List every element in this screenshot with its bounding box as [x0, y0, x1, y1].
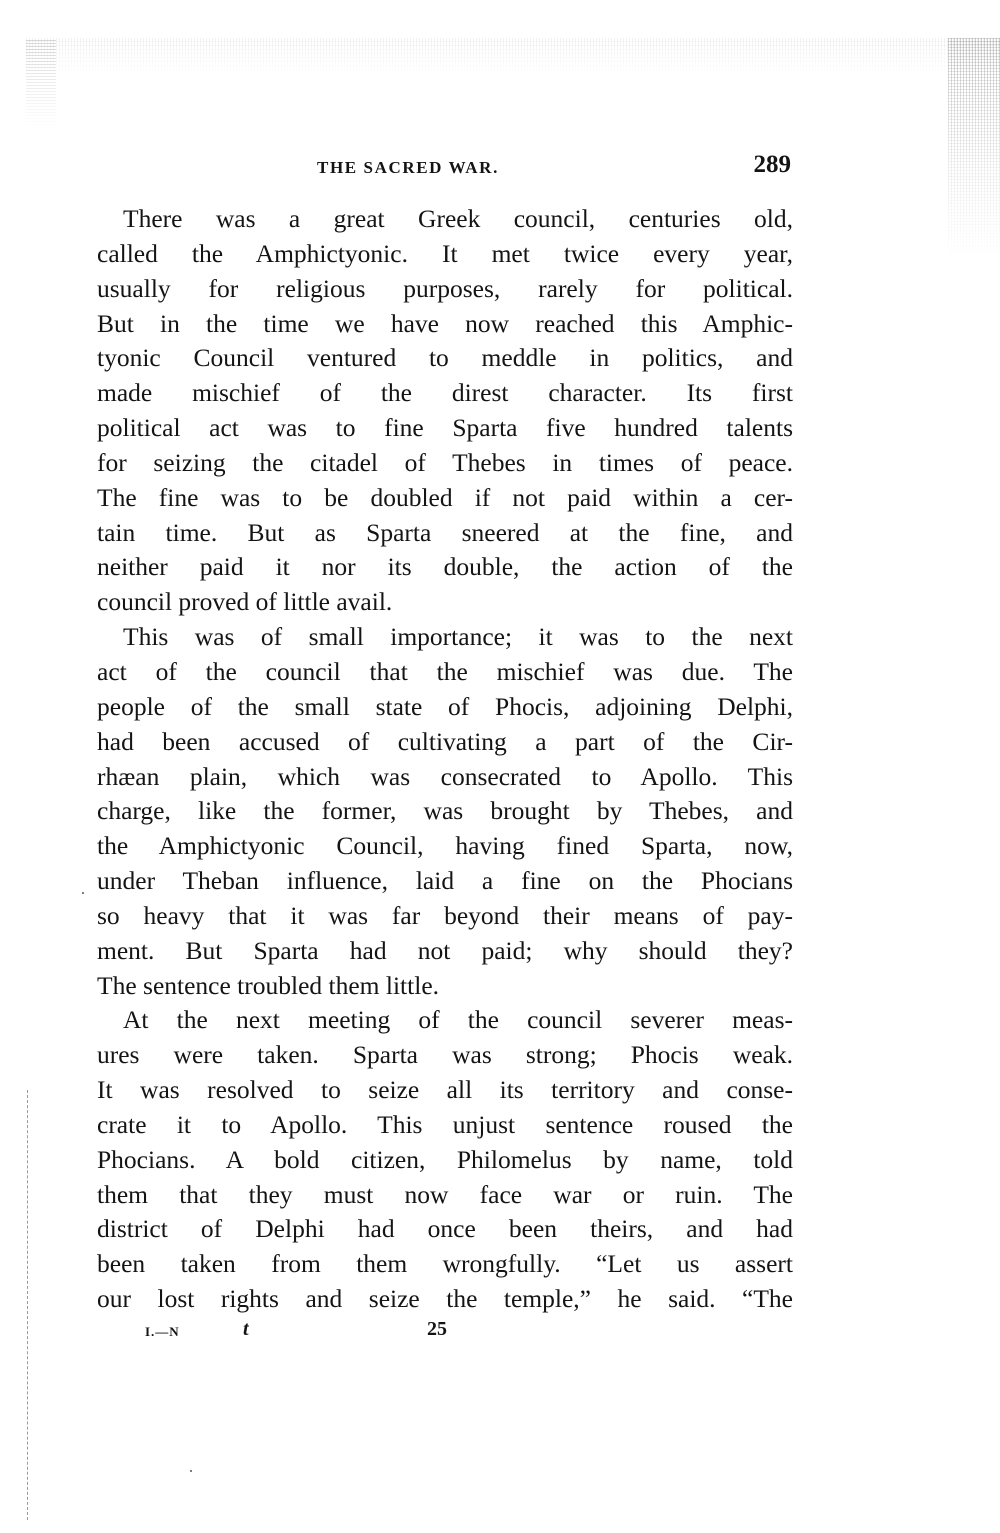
text-line: the Amphictyonic Council, having fined S…: [97, 829, 793, 864]
scan-noise-right: [948, 38, 1000, 258]
signature-mark: I.—N: [145, 1324, 180, 1340]
signature-number: 25: [427, 1318, 447, 1341]
text-line: There was a great Greek council, centuri…: [97, 202, 793, 237]
text-line: district of Delphi had once been theirs,…: [97, 1212, 793, 1247]
text-line: made mischief of the direst character. I…: [97, 376, 793, 411]
text-line: The sentence troubled them little.: [97, 969, 793, 1004]
text-line: people of the small state of Phocis, adj…: [97, 690, 793, 725]
scan-noise-top: [26, 38, 1000, 78]
body-text: There was a great Greek council, centuri…: [97, 202, 793, 1317]
stray-mark: [82, 892, 84, 894]
text-line: had been accused of cultivating a part o…: [97, 725, 793, 760]
text-line: council proved of little avail.: [97, 585, 793, 620]
signature-footer: I.—N t 25: [97, 1318, 793, 1348]
text-line: political act was to fine Sparta five hu…: [97, 411, 793, 446]
text-line: tyonic Council ventured to meddle in pol…: [97, 341, 793, 376]
text-line: ures were taken. Sparta was strong; Phoc…: [97, 1038, 793, 1073]
stray-mark: [190, 1470, 192, 1472]
page-number: 289: [754, 151, 792, 179]
text-line: called the Amphictyonic. It met twice ev…: [97, 237, 793, 272]
text-line: for seizing the citadel of Thebes in tim…: [97, 446, 793, 481]
text-line: our lost rights and seize the temple,” h…: [97, 1282, 793, 1317]
text-line: crate it to Apollo. This unjust sentence…: [97, 1108, 793, 1143]
text-line: The fine was to be doubled if not paid w…: [97, 481, 793, 516]
text-line: It was resolved to seize all its territo…: [97, 1073, 793, 1108]
text-line: been taken from them wrongfully. “Let us…: [97, 1247, 793, 1282]
text-line: charge, like the former, was brought by …: [97, 794, 793, 829]
text-line: Phocians. A bold citizen, Philomelus by …: [97, 1143, 793, 1178]
text-line: neither paid it nor its double, the acti…: [97, 550, 793, 585]
page-edge-rule: [27, 1090, 28, 1520]
scan-noise-left: [26, 38, 56, 128]
text-line: tain time. But as Sparta sneered at the …: [97, 516, 793, 551]
text-line: usually for religious purposes, rarely f…: [97, 272, 793, 307]
text-line: under Theban influence, laid a fine on t…: [97, 864, 793, 899]
running-title: THE SACRED WAR.: [317, 158, 499, 178]
text-line: act of the council that the mischief was…: [97, 655, 793, 690]
text-line: But in the time we have now reached this…: [97, 307, 793, 342]
running-head: THE SACRED WAR. 289: [97, 142, 793, 182]
text-line: them that they must now face war or ruin…: [97, 1178, 793, 1213]
text-line: ment. But Sparta had not paid; why shoul…: [97, 934, 793, 969]
signature-letter: t: [243, 1318, 249, 1341]
text-line: so heavy that it was far beyond their me…: [97, 899, 793, 934]
text-line: This was of small importance; it was to …: [97, 620, 793, 655]
text-line: At the next meeting of the council sever…: [97, 1003, 793, 1038]
text-line: rhæan plain, which was consecrated to Ap…: [97, 760, 793, 795]
